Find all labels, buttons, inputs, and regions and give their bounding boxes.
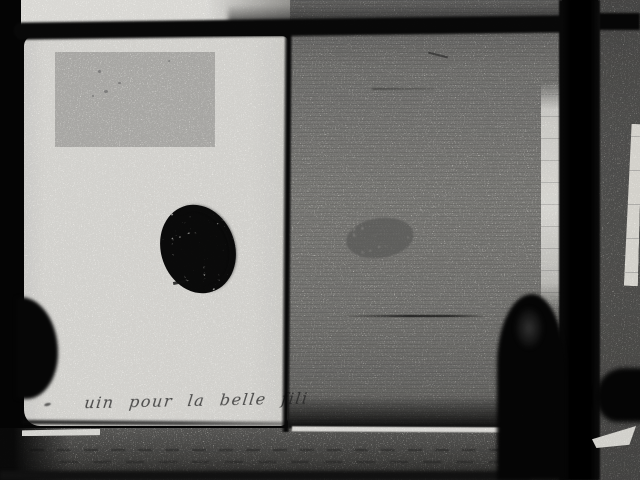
shadow-blob (596, 368, 640, 422)
page-edge-lines (30, 449, 520, 451)
thumbnail-highlight (514, 306, 544, 350)
ink-streak (372, 88, 434, 90)
band-bottom-shadow (0, 471, 530, 480)
ink-speck (168, 60, 170, 62)
ink-speck (92, 95, 94, 97)
left-margin-shadow (0, 0, 23, 480)
stamp-blot (148, 196, 252, 308)
ink-speck (118, 82, 121, 84)
ruled-lines (625, 136, 640, 276)
page-edge-lines (60, 461, 510, 463)
stamp-offset-blot (338, 210, 422, 266)
book-scan: uin pour la belle fili (0, 0, 640, 480)
ink-streak (344, 315, 486, 317)
foxing-specks (55, 52, 215, 147)
top-bar-continuation (598, 13, 640, 30)
ink-speck (98, 70, 101, 73)
ink-speck (104, 90, 108, 93)
